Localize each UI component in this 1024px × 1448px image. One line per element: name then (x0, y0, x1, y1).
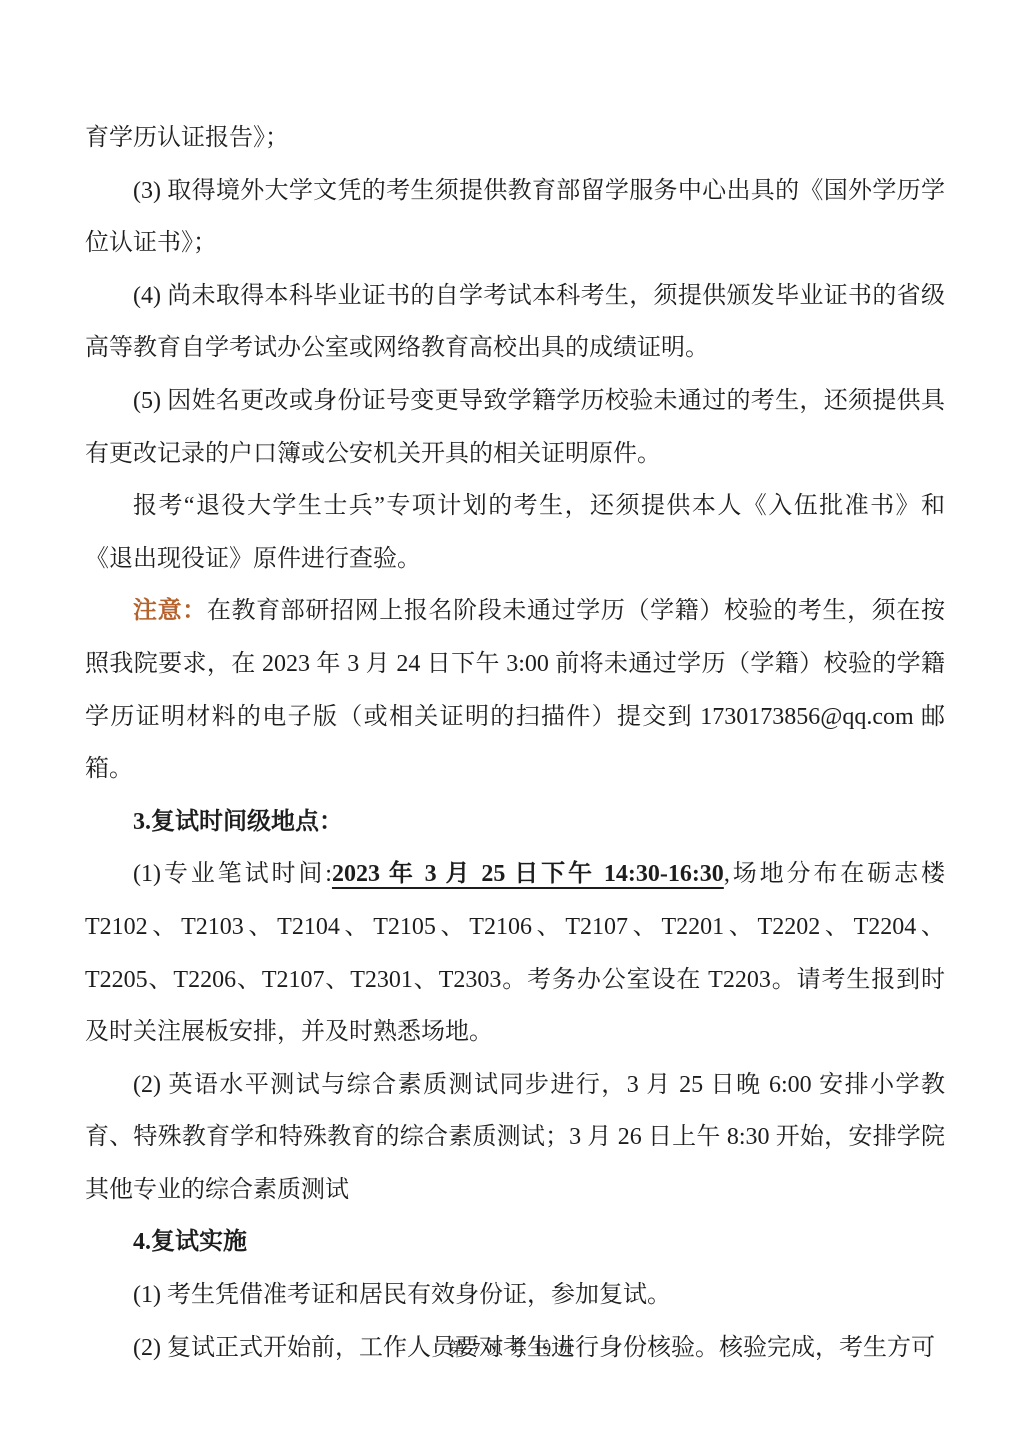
heading-section-4-implementation: 4.复试实施 (85, 1216, 945, 1269)
heading-section-3-time-place: 3.复试时间级地点： (85, 796, 945, 849)
paragraph-item-5-name-change: (5) 因姓名更改或身份证号变更导致学籍学历校验未通过的考生，还须提供具有更改记… (85, 375, 945, 480)
paragraph-english-comprehensive-test: (2) 英语水平测试与综合素质测试同步进行，3 月 25 日晚 6:00 安排小… (85, 1059, 945, 1217)
notice-body: 在教育部研招网上报名阶段未通过学历（学籍）校验的考生，须在按照我院要求，在 20… (85, 598, 945, 782)
paragraph-veteran-special-plan: 报考“退役大学生士兵”专项计划的考生，还须提供本人《入伍批准书》和《退出现役证》… (85, 480, 945, 585)
written-exam-label: (1)专业笔试时间: (133, 861, 332, 887)
paragraph-notice: 注意：在教育部研招网上报名阶段未通过学历（学籍）校验的考生，须在按照我院要求，在… (85, 585, 945, 795)
page-number: 第 7 页 共 19 页 (0, 1334, 1024, 1359)
paragraph-item-4-self-study-exam: (4) 尚未取得本科毕业证书的自学考试本科考生，须提供颁发毕业证书的省级高等教育… (85, 270, 945, 375)
written-exam-rooms: ,场地分布在砺志楼 T2102、T2103、T2104、T2105、T2106、… (85, 861, 945, 1045)
paragraph-item-3-overseas-diploma: (3) 取得境外大学文凭的考生须提供教育部留学服务中心出具的《国外学历学位认证书… (85, 165, 945, 270)
paragraph-implementation-1-admission-ticket: (1) 考生凭借准考证和居民有效身份证，参加复试。 (85, 1269, 945, 1322)
paragraph-written-exam-schedule: (1)专业笔试时间:2023 年 3 月 25 日下午 14:30-16:30,… (85, 848, 945, 1058)
written-exam-datetime-underlined: 2023 年 3 月 25 日下午 14:30-16:30 (332, 861, 724, 887)
paragraph-continuation: 育学历认证报告》； (85, 112, 945, 165)
document-page: 育学历认证报告》； (3) 取得境外大学文凭的考生须提供教育部留学服务中心出具的… (0, 0, 1024, 1374)
notice-label: 注意： (133, 598, 207, 624)
